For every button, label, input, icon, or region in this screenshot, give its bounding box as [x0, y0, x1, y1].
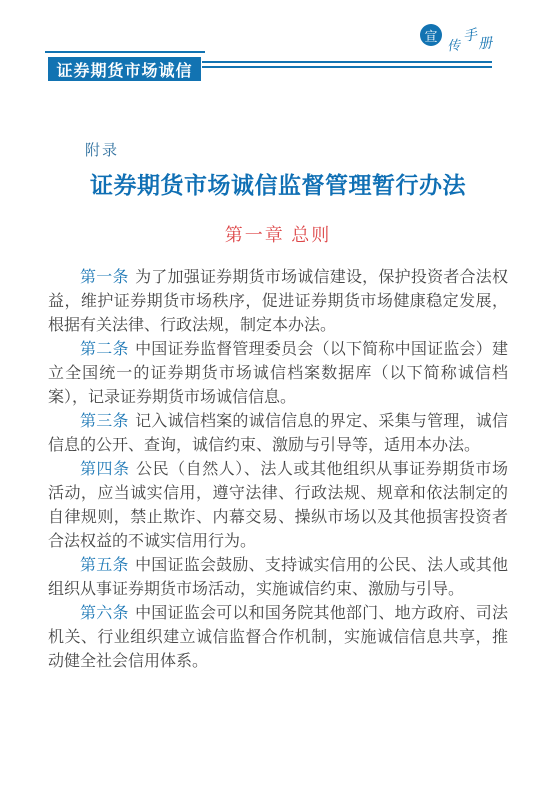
handbook-logo: 宣 传 手 册 — [420, 21, 510, 53]
logo-script-char: 册 — [477, 33, 492, 54]
document-title: 证券期货市场诚信监督管理暂行办法 — [48, 167, 508, 200]
article-2: 第二条中国证券监督管理委员会（以下简称中国证监会）建立全国统一的证券期货市场诚信… — [48, 338, 508, 410]
article-6-label: 第六条 — [80, 605, 129, 622]
article-4-label: 第四条 — [80, 461, 130, 478]
chapter-heading: 第一章 总则 — [48, 221, 508, 247]
section-banner-label: 证券期货市场诚信 — [56, 58, 192, 81]
article-3: 第三条记入诚信档案的诚信信息的界定、采集与管理，诚信信息的公开、查询，诚信约束、… — [48, 410, 508, 458]
document-content: 附录 证券期货市场诚信监督管理暂行办法 第一章 总则 第一条为了加强证券期货市场… — [48, 139, 508, 674]
article-6: 第六条中国证监会可以和国务院其他部门、地方政府、司法机关、行业组织建立诚信监督合… — [48, 602, 508, 674]
appendix-label: 附录 — [85, 139, 508, 160]
article-3-label: 第三条 — [80, 413, 129, 430]
logo-circle-icon: 宣 — [420, 24, 442, 46]
article-1: 第一条为了加强证券期货市场诚信建设，保护投资者合法权益，维护证券期货市场秩序，促… — [48, 266, 508, 338]
handbook-page: 证券期货市场诚信 宣 传 手 册 附录 证券期货市场诚信监督管理暂行办法 第一章… — [0, 0, 552, 790]
logo-script-char: 传 — [446, 34, 461, 54]
article-4: 第四条公民（自然人）、法人或其他组织从事证券期货市场活动，应当诚实信用，遵守法律… — [48, 458, 508, 554]
article-5-label: 第五条 — [80, 557, 129, 574]
article-5: 第五条中国证监会鼓励、支持诚实信用的公民、法人或其他组织从事证券期货市场活动，实… — [48, 554, 508, 602]
article-1-label: 第一条 — [80, 269, 129, 286]
article-2-label: 第二条 — [80, 341, 129, 358]
header-top-rule — [45, 51, 205, 53]
section-banner: 证券期货市场诚信 — [48, 57, 201, 81]
logo-script-char: 手 — [462, 24, 479, 46]
articles-block: 第一条为了加强证券期货市场诚信建设，保护投资者合法权益，维护证券期货市场秩序，促… — [48, 266, 508, 674]
header-double-rule — [202, 61, 492, 68]
